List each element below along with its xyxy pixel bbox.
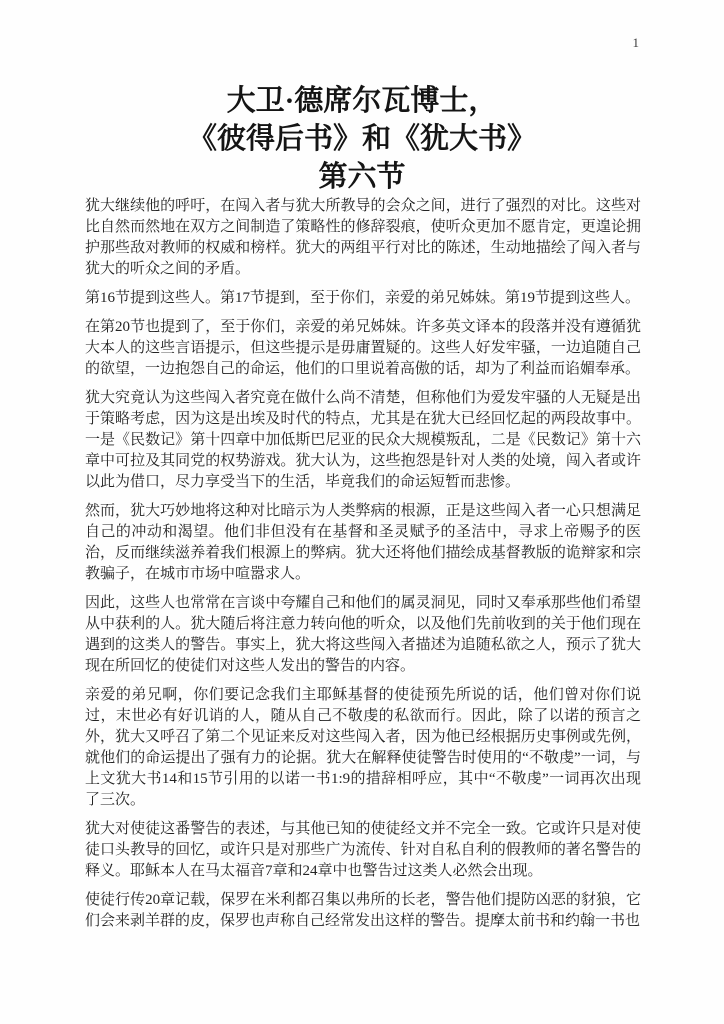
- body-paragraph: 犹大对使徒这番警告的表述，与其他已知的使徒经文并不完全一致。它或许只是对使徒口头…: [85, 819, 641, 882]
- document-title: 大卫·德席尔瓦博士， 《彼得后书》和《犹大书》 第六节: [0, 82, 724, 196]
- body-paragraph: 然而，犹大巧妙地将这种对比暗示为人类弊病的根源，正是这些闯入者一心只想满足自己的…: [85, 501, 641, 585]
- document-title-line-1: 大卫·德席尔瓦博士，: [0, 82, 724, 120]
- body-paragraph: 第16节提到这些人。第17节提到，至于你们，亲爱的弟兄姊妹。第19节提到这些人。: [85, 288, 641, 309]
- document-title-line-2: 《彼得后书》和《犹大书》: [0, 120, 724, 158]
- body-paragraph: 在第20节也提到了，至于你们，亲爱的弟兄姊妹。许多英文译本的段落并没有遵循犹大本…: [85, 317, 641, 380]
- body-paragraph: 因此，这些人也常常在言谈中夸耀自己和他们的属灵洞见，同时又奉承那些他们希望从中获…: [85, 593, 641, 677]
- body-paragraph: 亲爱的弟兄啊，你们要记念我们主耶稣基督的使徒预先所说的话，他们曾对你们说过，末世…: [85, 685, 641, 811]
- body-paragraph: 使徒行传20章记载，保罗在米利都召集以弗所的长老，警告他们提防凶恶的豺狼，它们会…: [85, 890, 641, 932]
- document-page: 1 大卫·德席尔瓦博士， 《彼得后书》和《犹大书》 第六节 犹大继续他的呼吁，在…: [0, 0, 724, 1024]
- body-paragraph: 犹大继续他的呼吁，在闯入者与犹大所教导的会众之间，进行了强烈的对比。这些对比自然…: [85, 196, 641, 280]
- document-title-line-3: 第六节: [0, 158, 724, 196]
- body-paragraph: 犹大究竟认为这些闯入者究竟在做什么尚不清楚，但称他们为爱发牢骚的人无疑是出于策略…: [85, 388, 641, 493]
- document-body: 犹大继续他的呼吁，在闯入者与犹大所教导的会众之间，进行了强烈的对比。这些对比自然…: [85, 196, 641, 940]
- page-number: 1: [633, 35, 640, 50]
